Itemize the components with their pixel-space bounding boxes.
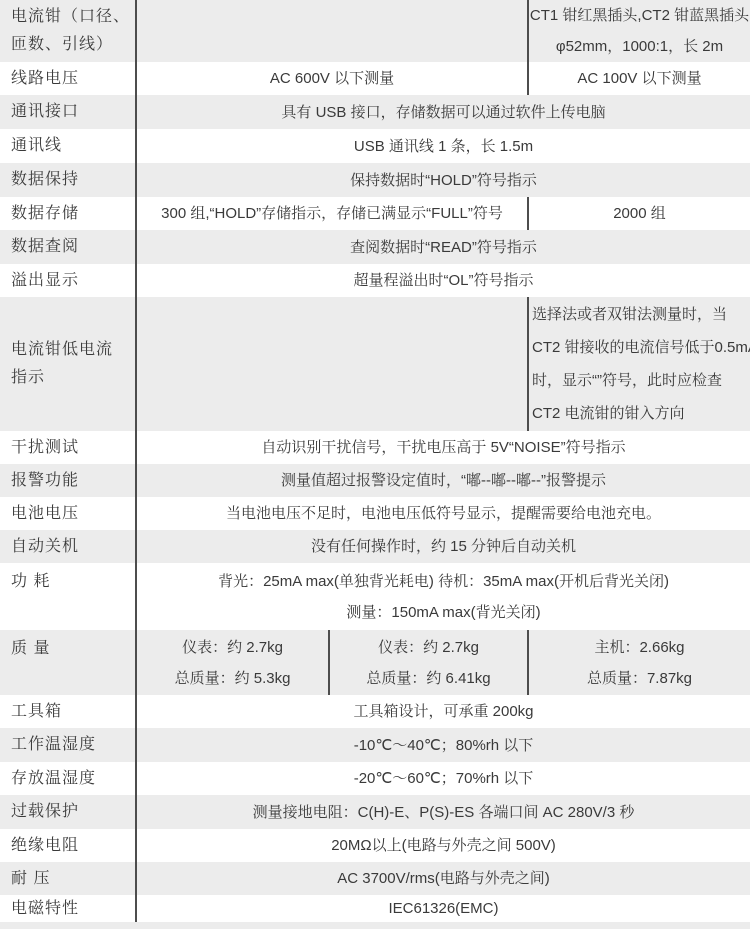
table-row: 过载保护测量接地电阻：C(H)-E、P(S)-ES 各端口间 AC 280V/3… [0, 795, 750, 829]
row-label-line: 溢出显示 [11, 267, 135, 295]
cell-text-line: 背光：25mA max(单独背光耗电) 待机：35mA max(开机后背光关闭) [218, 566, 669, 597]
row-label: 质 量 [0, 630, 137, 695]
table-row: 存放温湿度-20℃～60℃；70%rh 以下 [0, 762, 750, 795]
cell-text-line: 时，显示“”符号，此时应检查 [532, 364, 722, 397]
row-label: 线路电压 [0, 62, 137, 95]
spec-cell [137, 297, 527, 431]
table-row: 电流钳（口径、匝数、引线）CT1 钳红黑插头,CT2 钳蓝黑插头φ52mm，10… [0, 0, 750, 62]
spec-cell: 300 组,“HOLD”存储指示，存储已满显示“FULL”符号 [137, 197, 527, 230]
cell-text-line: 20MΩ以上(电路与外壳之间 500V) [331, 830, 556, 861]
row-label-line: 线路电压 [11, 65, 135, 93]
table-row: 数据查阅查阅数据时“READ”符号指示 [0, 230, 750, 264]
table-row: 溢出显示超量程溢出时“OL”符号指示 [0, 264, 750, 297]
cell-text-line: 测量接地电阻：C(H)-E、P(S)-ES 各端口间 AC 280V/3 秒 [253, 797, 635, 828]
spec-cell: -10℃～40℃；80%rh 以下 [137, 728, 750, 762]
row-label: 工具箱 [0, 695, 137, 728]
table-row: 通讯接口具有 USB 接口，存储数据可以通过软件上传电脑 [0, 95, 750, 129]
row-label-line: 数据查阅 [11, 233, 135, 261]
row-label-line: 过载保护 [11, 798, 135, 826]
cell-text-line: 保持数据时“HOLD”符号指示 [350, 165, 537, 196]
row-label: 报警功能 [0, 464, 137, 497]
table-row: 电流钳低电流指示选择法或者双钳法测量时，当CT2 钳接收的电流信号低于0.5mA… [0, 297, 750, 431]
row-label: 干扰测试 [0, 431, 137, 464]
cell-text-line: 查阅数据时“READ”符号指示 [350, 232, 537, 263]
row-label-line: 电池电压 [11, 500, 135, 528]
spec-cell: 保持数据时“HOLD”符号指示 [137, 163, 750, 197]
cell-text-line: CT1 钳红黑插头,CT2 钳蓝黑插头 [530, 0, 749, 31]
spec-cell: 仪表：约 2.7kg总质量：约 6.41kg [328, 630, 527, 695]
row-label-line: 自动关机 [11, 533, 135, 561]
spec-cell: 仪表：约 2.7kg总质量：约 5.3kg [137, 630, 328, 695]
row-label: 数据存储 [0, 197, 137, 230]
cell-text-line: 仪表：约 2.7kg [378, 632, 479, 663]
row-label-line: 干扰测试 [11, 434, 135, 462]
spec-cell: AC 3700V/rms(电路与外壳之间) [137, 862, 750, 895]
cell-text-line: 当电池电压不足时，电池电压低符号显示，提醒需要给电池充电。 [226, 498, 661, 529]
row-label: 数据查阅 [0, 230, 137, 264]
spec-cell: -20℃～60℃；70%rh 以下 [137, 762, 750, 795]
table-row: 干扰测试自动识别干扰信号，干扰电压高于 5V“NOISE”符号指示 [0, 431, 750, 464]
cell-text-line: -20℃～60℃；70%rh 以下 [354, 763, 534, 794]
cell-text-line: AC 3700V/rms(电路与外壳之间) [337, 863, 550, 894]
table-row: 质 量仪表：约 2.7kg总质量：约 5.3kg仪表：约 2.7kg总质量：约 … [0, 630, 750, 695]
row-label-line: 电流钳（口径、 [11, 3, 135, 31]
spec-cell: AC 100V 以下测量 [527, 62, 750, 95]
table-row: 数据保持保持数据时“HOLD”符号指示 [0, 163, 750, 197]
cell-text-line: 300 组,“HOLD”存储指示，存储已满显示“FULL”符号 [161, 198, 503, 229]
spec-cell: 主机：2.66kg总质量：7.87kg [527, 630, 750, 695]
table-row: 数据存储300 组,“HOLD”存储指示，存储已满显示“FULL”符号2000 … [0, 197, 750, 230]
spec-cell: CT1 钳红黑插头,CT2 钳蓝黑插头φ52mm，1000:1，长 2m [527, 0, 750, 62]
row-label: 电磁特性 [0, 895, 137, 922]
row-label-line: 工具箱 [11, 698, 135, 726]
cell-text-line: 选择法或者双钳法测量时，当 [532, 298, 727, 331]
spec-cell: 20MΩ以上(电路与外壳之间 500V) [137, 829, 750, 862]
spec-cell: 工具箱设计，可承重 200kg [137, 695, 750, 728]
spec-cell: 查阅数据时“READ”符号指示 [137, 230, 750, 264]
table-row: 通讯线USB 通讯线 1 条，长 1.5m [0, 129, 750, 163]
spec-cell: 具有 USB 接口，存储数据可以通过软件上传电脑 [137, 95, 750, 129]
cell-text-line: 2000 组 [613, 198, 666, 229]
spec-cell: 自动识别干扰信号，干扰电压高于 5V“NOISE”符号指示 [137, 431, 750, 464]
row-label-line: 通讯接口 [11, 98, 135, 126]
row-label: 功 耗 [0, 563, 137, 630]
row-label-line: 通讯线 [11, 132, 135, 160]
row-label: 溢出显示 [0, 264, 137, 297]
cell-text-line: CT2 电流钳的钳入方向 [532, 397, 685, 430]
spec-cell: 超量程溢出时“OL”符号指示 [137, 264, 750, 297]
table-row: 报警功能测量值超过报警设定值时，“嘟--嘟--嘟--”报警提示 [0, 464, 750, 497]
row-label: 自动关机 [0, 530, 137, 563]
spec-cell: AC 600V 以下测量 [137, 62, 527, 95]
cell-text-line: CT2 钳接收的电流信号低于0.5mA [532, 331, 750, 364]
row-label: 存放温湿度 [0, 762, 137, 795]
cell-text-line: 没有任何操作时，约 15 分钟后自动关机 [311, 531, 576, 562]
table-row: 耐 压AC 3700V/rms(电路与外壳之间) [0, 862, 750, 895]
row-label-line: 耐 压 [11, 865, 135, 893]
cell-text-line: USB 通讯线 1 条，长 1.5m [354, 131, 533, 162]
table-row: 自动关机没有任何操作时，约 15 分钟后自动关机 [0, 530, 750, 563]
row-label: 过载保护 [0, 795, 137, 829]
spec-table: 电流钳（口径、匝数、引线）CT1 钳红黑插头,CT2 钳蓝黑插头φ52mm，10… [0, 0, 750, 922]
bottom-stripe [0, 922, 750, 929]
cell-text-line: 总质量：约 5.3kg [175, 663, 291, 694]
spec-cell: 没有任何操作时，约 15 分钟后自动关机 [137, 530, 750, 563]
row-label-line: 电流钳低电流 [11, 336, 135, 364]
spec-cell [137, 0, 527, 62]
row-label: 通讯接口 [0, 95, 137, 129]
cell-text-line: 主机：2.66kg [594, 632, 684, 663]
row-label: 电池电压 [0, 497, 137, 530]
table-row: 工作温湿度-10℃～40℃；80%rh 以下 [0, 728, 750, 762]
row-label-line: 指示 [11, 364, 135, 392]
row-label-line: 绝缘电阻 [11, 832, 135, 860]
cell-text-line: AC 100V 以下测量 [577, 63, 701, 94]
row-label-line: 报警功能 [11, 467, 135, 495]
row-label: 绝缘电阻 [0, 829, 137, 862]
table-row: 工具箱工具箱设计，可承重 200kg [0, 695, 750, 728]
spec-cell: 2000 组 [527, 197, 750, 230]
table-row: 绝缘电阻20MΩ以上(电路与外壳之间 500V) [0, 829, 750, 862]
cell-text-line: -10℃～40℃；80%rh 以下 [354, 730, 534, 761]
row-label: 耐 压 [0, 862, 137, 895]
row-label-line: 质 量 [11, 635, 135, 663]
spec-cell: USB 通讯线 1 条，长 1.5m [137, 129, 750, 163]
cell-text-line: 总质量：7.87kg [587, 663, 692, 694]
table-row: 电池电压当电池电压不足时，电池电压低符号显示，提醒需要给电池充电。 [0, 497, 750, 530]
cell-text-line: 自动识别干扰信号，干扰电压高于 5V“NOISE”符号指示 [261, 432, 625, 463]
row-label-line: 数据保持 [11, 166, 135, 194]
row-label-line: 存放温湿度 [11, 765, 135, 793]
row-label: 数据保持 [0, 163, 137, 197]
cell-text-line: 仪表：约 2.7kg [182, 632, 283, 663]
row-label: 电流钳低电流指示 [0, 297, 137, 431]
cell-text-line: 测量值超过报警设定值时，“嘟--嘟--嘟--”报警提示 [281, 465, 606, 496]
row-label: 电流钳（口径、匝数、引线） [0, 0, 137, 62]
cell-text-line: 总质量：约 6.41kg [366, 663, 490, 694]
cell-text-line: 超量程溢出时“OL”符号指示 [353, 265, 533, 296]
spec-cell: 选择法或者双钳法测量时，当CT2 钳接收的电流信号低于0.5mA时，显示“”符号… [527, 297, 750, 431]
cell-text-line: IEC61326(EMC) [388, 895, 498, 922]
spec-cell: 当电池电压不足时，电池电压低符号显示，提醒需要给电池充电。 [137, 497, 750, 530]
row-label-line: 工作温湿度 [11, 731, 135, 759]
row-label: 通讯线 [0, 129, 137, 163]
cell-text-line: AC 600V 以下测量 [270, 63, 394, 94]
row-label: 工作温湿度 [0, 728, 137, 762]
spec-cell: IEC61326(EMC) [137, 895, 750, 922]
row-label-line: 功 耗 [11, 568, 135, 596]
row-label-line: 数据存储 [11, 200, 135, 228]
spec-cell: 测量值超过报警设定值时，“嘟--嘟--嘟--”报警提示 [137, 464, 750, 497]
spec-cell: 背光：25mA max(单独背光耗电) 待机：35mA max(开机后背光关闭)… [137, 563, 750, 630]
spec-cell: 测量接地电阻：C(H)-E、P(S)-ES 各端口间 AC 280V/3 秒 [137, 795, 750, 829]
cell-text-line: 测量：150mA max(背光关闭) [346, 597, 540, 628]
cell-text-line: 工具箱设计，可承重 200kg [353, 696, 533, 727]
cell-text-line: φ52mm，1000:1，长 2m [556, 31, 723, 62]
row-label-line: 电磁特性 [11, 895, 135, 922]
table-row: 线路电压AC 600V 以下测量AC 100V 以下测量 [0, 62, 750, 95]
cell-text-line: 具有 USB 接口，存储数据可以通过软件上传电脑 [281, 97, 605, 128]
table-row: 电磁特性IEC61326(EMC) [0, 895, 750, 922]
row-label-line: 匝数、引线） [11, 31, 135, 59]
table-row: 功 耗背光：25mA max(单独背光耗电) 待机：35mA max(开机后背光… [0, 563, 750, 630]
